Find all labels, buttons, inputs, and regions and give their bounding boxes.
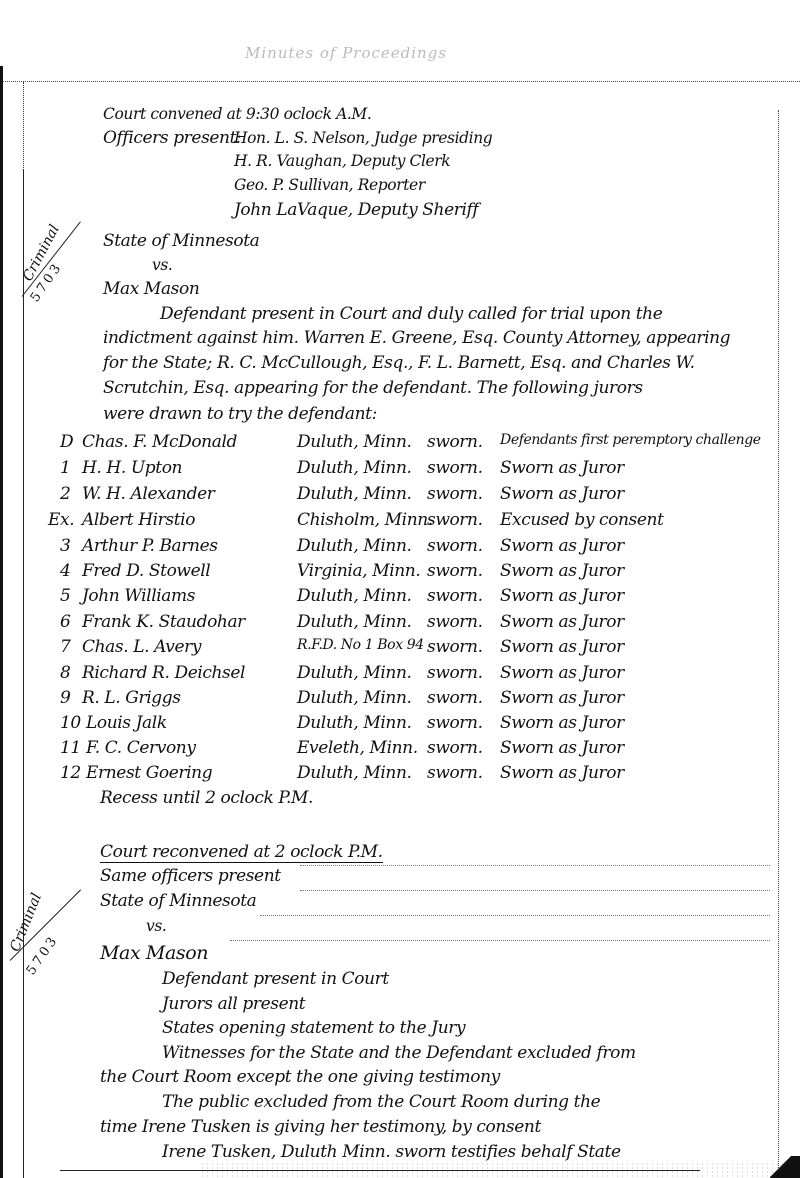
juror-name: Fred D. Stowell: [82, 561, 210, 581]
juror-residence: Duluth, Minn.: [297, 663, 412, 683]
juror-status: Sworn as Juror: [500, 458, 624, 478]
caption-vs: vs.: [146, 917, 166, 935]
juror-status: Sworn as Juror: [500, 663, 624, 683]
juror-number: 8: [60, 663, 70, 683]
same-officers-line: Same officers present: [100, 866, 281, 886]
narrative-line: were drawn to try the defendant:: [103, 404, 377, 424]
juror-status: Excused by consent: [500, 510, 664, 530]
officers-label: Officers present:: [103, 128, 241, 148]
juror-name: W. H. Alexander: [82, 484, 214, 504]
court-minutes-page: Minutes of Proceedings Court convened at…: [0, 0, 800, 1178]
juror-residence: Duluth, Minn.: [297, 612, 412, 632]
recess-line: Recess until 2 oclock P.M.: [100, 788, 313, 808]
juror-number: 2: [60, 484, 70, 504]
narrative-line: Scrutchin, Esq. appearing for the defend…: [103, 378, 643, 398]
juror-status: Sworn as Juror: [500, 713, 624, 733]
juror-residence: R.F.D. No 1 Box 94: [297, 637, 424, 653]
juror-name: Louis Jalk: [86, 713, 167, 733]
juror-number: 9: [60, 688, 70, 708]
juror-row: 5 John Williams Duluth, Minn. sworn. Swo…: [60, 586, 780, 610]
officer-judge: Hon. L. S. Nelson, Judge presiding: [234, 129, 492, 147]
juror-residence: Duluth, Minn.: [297, 536, 412, 556]
juror-status: Sworn as Juror: [500, 688, 624, 708]
ruled-line: [300, 865, 770, 866]
juror-oath: sworn.: [427, 561, 483, 581]
top-rule-line: [0, 81, 800, 82]
juror-number: 3: [60, 536, 70, 556]
juror-oath: sworn.: [427, 432, 483, 452]
juror-number: 11: [60, 738, 81, 758]
juror-oath: sworn.: [427, 663, 483, 683]
corner-scan-artifact: [770, 1156, 800, 1178]
juror-residence: Virginia, Minn.: [297, 561, 420, 581]
juror-row: 8 Richard R. Deichsel Duluth, Minn. swor…: [60, 663, 780, 687]
juror-name: Albert Hirstio: [82, 510, 195, 530]
juror-number: 5: [60, 586, 70, 606]
juror-number: 6: [60, 612, 70, 632]
narrative-line: The public excluded from the Court Room …: [162, 1092, 600, 1112]
juror-oath: sworn.: [427, 612, 483, 632]
juror-status: Sworn as Juror: [500, 637, 624, 657]
juror-name: F. C. Cervony: [86, 738, 196, 758]
juror-number: 7: [60, 637, 70, 657]
juror-status: Defendants first peremptory challenge: [500, 432, 761, 448]
court-reconvened-line: Court reconvened at 2 oclock P.M.: [100, 842, 383, 863]
ruled-line: [260, 915, 770, 916]
juror-name: Arthur P. Barnes: [82, 536, 218, 556]
juror-residence: Eveleth, Minn.: [297, 738, 418, 758]
left-page-edge: [0, 66, 3, 1178]
juror-row: 11 F. C. Cervony Eveleth, Minn. sworn. S…: [60, 738, 780, 762]
juror-number: 10: [60, 713, 81, 733]
juror-oath: sworn.: [427, 586, 483, 606]
juror-row: D Chas. F. McDonald Duluth, Minn. sworn.…: [60, 432, 780, 456]
juror-oath: sworn.: [427, 458, 483, 478]
juror-residence: Duluth, Minn.: [297, 458, 412, 478]
juror-number: D: [60, 432, 73, 452]
juror-name: Richard R. Deichsel: [82, 663, 245, 683]
juror-oath: sworn.: [427, 763, 483, 783]
juror-oath: sworn.: [427, 536, 483, 556]
faint-page-header: Minutes of Proceedings: [245, 44, 447, 62]
juror-status: Sworn as Juror: [500, 738, 624, 758]
narrative-line: the Court Room except the one giving tes…: [100, 1067, 500, 1087]
juror-residence: Duluth, Minn.: [297, 432, 412, 452]
juror-number: 1: [60, 458, 70, 478]
juror-row: 6 Frank K. Staudohar Duluth, Minn. sworn…: [60, 612, 780, 636]
juror-residence: Chisholm, Minn.: [297, 510, 433, 530]
juror-oath: sworn.: [427, 713, 483, 733]
officer-clerk: H. R. Vaughan, Deputy Clerk: [234, 152, 450, 170]
narrative-line: Defendant present in Court and duly call…: [160, 304, 662, 324]
juror-row: 2 W. H. Alexander Duluth, Minn. sworn. S…: [60, 484, 780, 508]
narrative-line: for the State; R. C. McCullough, Esq., F…: [103, 353, 695, 373]
ruled-line: [230, 940, 770, 941]
juror-row: 3 Arthur P. Barnes Duluth, Minn. sworn. …: [60, 536, 780, 560]
juror-residence: Duluth, Minn.: [297, 713, 412, 733]
juror-row: Ex. Albert Hirstio Chisholm, Minn. sworn…: [48, 510, 768, 534]
caption-plaintiff: State of Minnesota: [100, 891, 256, 911]
juror-name: Ernest Goering: [86, 763, 212, 783]
juror-number: Ex.: [48, 510, 74, 530]
margin-line-solid: [23, 170, 24, 1178]
entry-jurors-present: Jurors all present: [162, 994, 305, 1014]
juror-row: 4 Fred D. Stowell Virginia, Minn. sworn.…: [60, 561, 780, 585]
juror-row: 10 Louis Jalk Duluth, Minn. sworn. Sworn…: [60, 713, 780, 737]
juror-oath: sworn.: [427, 484, 483, 504]
juror-row: 9 R. L. Griggs Duluth, Minn. sworn. Swor…: [60, 688, 780, 712]
juror-row: 1 H. H. Upton Duluth, Minn. sworn. Sworn…: [60, 458, 780, 482]
caption-defendant: Max Mason: [103, 279, 199, 299]
juror-row: 12 Ernest Goering Duluth, Minn. sworn. S…: [60, 763, 780, 787]
juror-residence: Duluth, Minn.: [297, 688, 412, 708]
juror-name: H. H. Upton: [82, 458, 182, 478]
caption-plaintiff: State of Minnesota: [103, 231, 259, 251]
officer-sheriff: John LaVaque, Deputy Sheriff: [234, 200, 478, 220]
juror-name: John Williams: [82, 586, 195, 606]
juror-status: Sworn as Juror: [500, 612, 624, 632]
juror-oath: sworn.: [427, 738, 483, 758]
juror-number: 12: [60, 763, 81, 783]
juror-status: Sworn as Juror: [500, 484, 624, 504]
caption-vs: vs.: [152, 256, 172, 274]
juror-oath: sworn.: [427, 510, 483, 530]
juror-name: R. L. Griggs: [82, 688, 181, 708]
juror-oath: sworn.: [427, 688, 483, 708]
scan-noise: [200, 1162, 800, 1178]
court-convened-line: Court convened at 9:30 oclock A.M.: [103, 105, 371, 123]
narrative-line: time Irene Tusken is giving her testimon…: [100, 1117, 541, 1137]
juror-status: Sworn as Juror: [500, 561, 624, 581]
officer-reporter: Geo. P. Sullivan, Reporter: [234, 176, 425, 194]
narrative-line: indictment against him. Warren E. Greene…: [103, 328, 730, 348]
entry-defendant-present: Defendant present in Court: [162, 969, 389, 989]
narrative-line: Irene Tusken, Duluth Minn. sworn testifi…: [162, 1142, 621, 1162]
juror-residence: Duluth, Minn.: [297, 484, 412, 504]
juror-name: Chas. F. McDonald: [82, 432, 237, 452]
juror-status: Sworn as Juror: [500, 586, 624, 606]
juror-status: Sworn as Juror: [500, 763, 624, 783]
entry-opening-statement: States opening statement to the Jury: [162, 1018, 465, 1038]
juror-oath: sworn.: [427, 637, 483, 657]
juror-row: 7 Chas. L. Avery R.F.D. No 1 Box 94 swor…: [60, 637, 780, 661]
narrative-line: Witnesses for the State and the Defendan…: [162, 1043, 636, 1063]
juror-residence: Duluth, Minn.: [297, 586, 412, 606]
juror-name: Frank K. Staudohar: [82, 612, 245, 632]
juror-status: Sworn as Juror: [500, 536, 624, 556]
juror-number: 4: [60, 561, 70, 581]
ruled-line: [300, 890, 770, 891]
caption-defendant: Max Mason: [100, 942, 208, 964]
juror-name: Chas. L. Avery: [82, 637, 201, 657]
juror-residence: Duluth, Minn.: [297, 763, 412, 783]
